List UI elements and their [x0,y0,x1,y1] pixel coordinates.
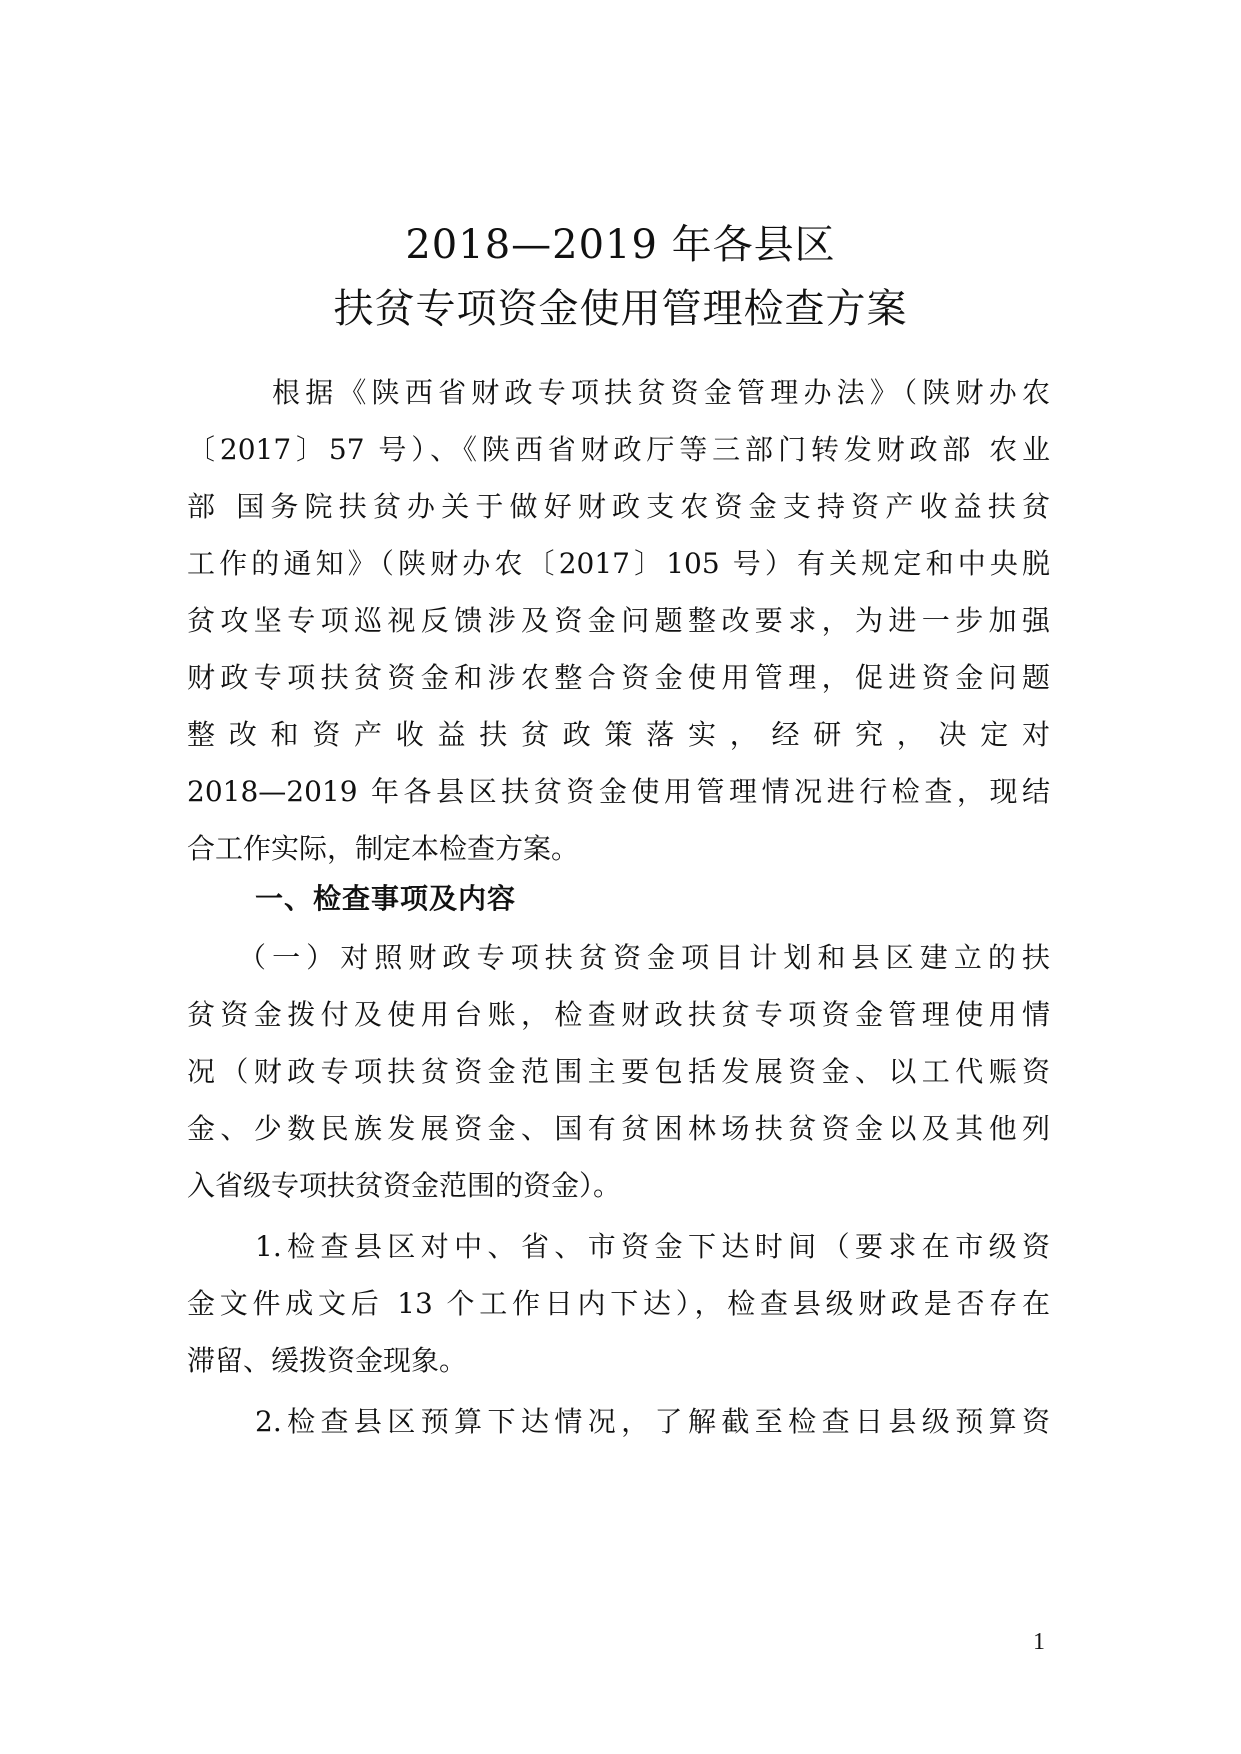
section-heading: 一、检查事项及内容 [255,879,516,919]
intro-paragraph-line: 根据《陕西省财政专项扶贫资金管理办法》（陕财办农 [272,373,1050,413]
document-page: 2018—2019 年各县区 扶贫专项资金使用管理检查方案 根据《陕西省财政专项… [0,0,1241,1754]
item-paragraph-line: 金、少数民族发展资金、国有贫困林场扶贫资金以及其他列 [187,1109,1050,1149]
intro-paragraph-line: 部 国务院扶贫办关于做好财政支农资金支持资产收益扶贫 [187,487,1050,527]
item-paragraph-line: （一）对照财政专项扶贫资金项目计划和县区建立的扶 [238,938,1050,978]
item-paragraph-line: 况（财政专项扶贫资金范围主要包括发展资金、以工代赈资 [187,1052,1050,1092]
document-title-line-1: 2018—2019 年各县区 [0,217,1241,273]
intro-paragraph-line: 工作的通知》（陕财办农〔2017〕105 号）有关规定和中央脱 [187,544,1050,584]
intro-paragraph-line: 合工作实际，制定本检查方案。 [187,829,1050,869]
point-paragraph-line: 1.检查县区对中、省、市资金下达时间（要求在市级资 [255,1227,1050,1267]
intro-paragraph-line: 整 改 和 资 产 收 益 扶 贫 政 策 落 实 ， 经 研 究 ， 决 定 … [187,715,1050,755]
intro-paragraph-line: 2018—2019 年各县区扶贫资金使用管理情况进行检查，现结 [187,772,1050,812]
item-paragraph-line: 入省级专项扶贫资金范围的资金）。 [187,1166,1050,1206]
intro-paragraph-line: 贫攻坚专项巡视反馈涉及资金问题整改要求，为进一步加强 [187,601,1050,641]
point-paragraph-line: 金文件成文后 13 个工作日内下达），检查县级财政是否存在 [187,1284,1050,1324]
page-number: 1 [1033,1627,1045,1657]
point-paragraph-line: 2.检查县区预算下达情况，了解截至检查日县级预算资 [255,1402,1050,1442]
intro-paragraph-line: 〔2017〕57 号）、《陕西省财政厅等三部门转发财政部 农业 [187,430,1050,470]
item-paragraph-line: 贫资金拨付及使用台账，检查财政扶贫专项资金管理使用情 [187,995,1050,1035]
point-paragraph-line: 滞留、缓拨资金现象。 [187,1341,1050,1381]
intro-paragraph-line: 财政专项扶贫资金和涉农整合资金使用管理，促进资金问题 [187,658,1050,698]
document-title-line-2: 扶贫专项资金使用管理检查方案 [0,281,1241,337]
